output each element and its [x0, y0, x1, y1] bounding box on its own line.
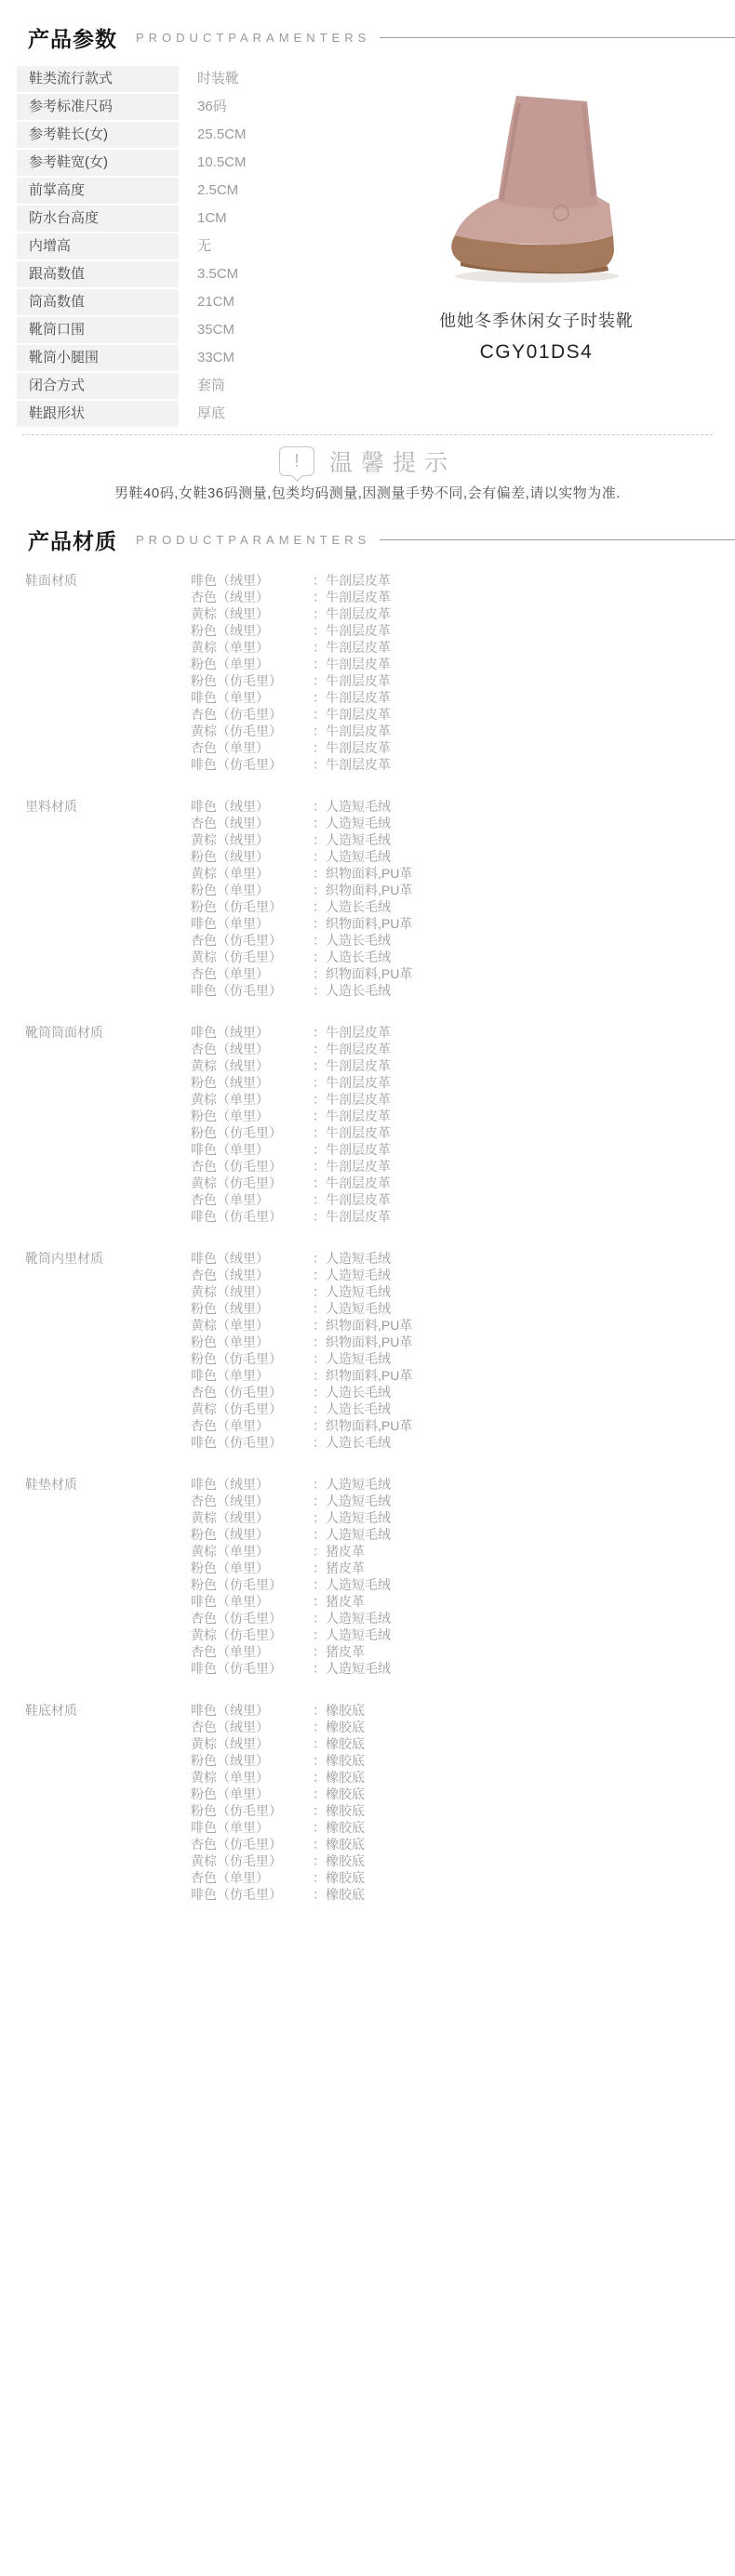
material-value: ：人造短毛绒	[313, 798, 391, 815]
material-color-variant: 啡色（仿毛里）	[191, 1660, 313, 1677]
material-value: ：橡胶底	[313, 1869, 365, 1886]
material-value: ：织物面料,PU革	[313, 1317, 412, 1334]
material-color-variant: 杏色（仿毛里）	[191, 1384, 313, 1401]
material-line: 黄棕（绒里）：牛剖层皮革	[191, 605, 735, 622]
material-value: ：人造长毛绒	[313, 898, 391, 915]
tips-header: ! 温馨提示	[22, 445, 713, 478]
header-rule-line	[380, 539, 735, 540]
material-line: 黄棕（仿毛里）：牛剖层皮革	[191, 1175, 735, 1191]
material-line: 粉色（绒里）：牛剖层皮革	[191, 622, 735, 639]
material-line: 杏色（绒里）：牛剖层皮革	[191, 589, 735, 605]
material-value: ：牛剖层皮革	[313, 1175, 391, 1191]
material-value: ：牛剖层皮革	[313, 1041, 391, 1057]
material-value: ：橡胶底	[313, 1819, 365, 1836]
spec-value: 时装靴	[179, 66, 239, 92]
material-value: ：织物面料,PU革	[313, 865, 412, 882]
material-color-variant: 啡色（单里）	[191, 1819, 313, 1836]
material-value: ：人造短毛绒	[313, 1610, 391, 1627]
material-line: 杏色（仿毛里）：橡胶底	[191, 1836, 735, 1852]
material-line: 黄棕（单里）：织物面料,PU革	[191, 1317, 735, 1334]
spec-row: 闭合方式套筒	[17, 373, 338, 399]
material-color-variant: 杏色（绒里）	[191, 1493, 313, 1509]
spec-value: 套筒	[179, 373, 225, 399]
material-value: ：人造短毛绒	[313, 1300, 391, 1317]
material-value: ：人造短毛绒	[313, 1476, 391, 1493]
material-line: 啡色（单里）：织物面料,PU革	[191, 915, 735, 932]
spec-value: 厚底	[179, 401, 225, 427]
material-section: 里料材质啡色（绒里）：人造短毛绒杏色（绒里）：人造短毛绒黄棕（绒里）：人造短毛绒…	[0, 798, 735, 999]
material-value: ：人造短毛绒	[313, 831, 391, 848]
spec-label: 参考标准尺码	[17, 94, 179, 120]
material-value: ：牛剖层皮革	[313, 672, 391, 689]
material-section: 靴筒内里材质啡色（绒里）：人造短毛绒杏色（绒里）：人造短毛绒黄棕（绒里）：人造短…	[0, 1250, 735, 1451]
material-value: ：猪皮革	[313, 1560, 365, 1576]
material-lines: 啡色（绒里）：人造短毛绒杏色（绒里）：人造短毛绒黄棕（绒里）：人造短毛绒粉色（绒…	[191, 1250, 735, 1451]
material-line: 杏色（绒里）：人造短毛绒	[191, 1267, 735, 1283]
spec-label: 靴筒小腿围	[17, 345, 179, 371]
material-color-variant: 粉色（绒里）	[191, 1074, 313, 1091]
material-value: ：人造长毛绒	[313, 932, 391, 949]
material-value: ：橡胶底	[313, 1752, 365, 1769]
header-rule-line	[380, 37, 735, 38]
material-section: 靴筒筒面材质啡色（绒里）：牛剖层皮革杏色（绒里）：牛剖层皮革黄棕（绒里）：牛剖层…	[0, 1024, 735, 1225]
material-line: 啡色（仿毛里）：牛剖层皮革	[191, 1208, 735, 1225]
material-line: 粉色（绒里）：人造短毛绒	[191, 1526, 735, 1543]
material-value: ：牛剖层皮革	[313, 622, 391, 639]
material-value: ：人造长毛绒	[313, 982, 391, 999]
material-color-variant: 杏色（单里）	[191, 1191, 313, 1208]
material-color-variant: 啡色（单里）	[191, 1141, 313, 1158]
material-color-variant: 粉色（绒里）	[191, 622, 313, 639]
material-value: ：牛剖层皮革	[313, 756, 391, 773]
material-color-variant: 粉色（仿毛里）	[191, 1124, 313, 1141]
material-line: 啡色（单里）：织物面料,PU革	[191, 1367, 735, 1384]
material-value: ：橡胶底	[313, 1735, 365, 1752]
material-value: ：织物面料,PU革	[313, 1367, 412, 1384]
material-line: 杏色（仿毛里）：牛剖层皮革	[191, 1158, 735, 1175]
material-value: ：牛剖层皮革	[313, 1108, 391, 1124]
spec-value: 2.5CM	[179, 178, 238, 204]
material-color-variant: 啡色（单里）	[191, 689, 313, 706]
material-color-variant: 啡色（绒里）	[191, 798, 313, 815]
material-section-label: 靴筒内里材质	[0, 1250, 191, 1451]
material-color-variant: 杏色（绒里）	[191, 1041, 313, 1057]
material-color-variant: 黄棕（单里）	[191, 1091, 313, 1108]
material-line: 杏色（仿毛里）：人造长毛绒	[191, 1384, 735, 1401]
spec-label: 参考鞋长(女)	[17, 122, 179, 148]
material-color-variant: 啡色（单里）	[191, 1367, 313, 1384]
material-line: 啡色（仿毛里）：人造短毛绒	[191, 1660, 735, 1677]
bubble-tail	[291, 470, 303, 482]
materials-section-title: 产品材质	[28, 524, 117, 555]
material-value: ：牛剖层皮革	[313, 1158, 391, 1175]
material-line: 啡色（绒里）：牛剖层皮革	[191, 572, 735, 589]
material-lines: 啡色（绒里）：人造短毛绒杏色（绒里）：人造短毛绒黄棕（绒里）：人造短毛绒粉色（绒…	[191, 798, 735, 999]
material-color-variant: 啡色（绒里）	[191, 1024, 313, 1041]
material-line: 粉色（绒里）：人造短毛绒	[191, 848, 735, 865]
material-line: 粉色（单里）：织物面料,PU革	[191, 882, 735, 898]
material-color-variant: 黄棕（仿毛里）	[191, 1852, 313, 1869]
material-lines: 啡色（绒里）：人造短毛绒杏色（绒里）：人造短毛绒黄棕（绒里）：人造短毛绒粉色（绒…	[191, 1476, 735, 1677]
material-color-variant: 黄棕（绒里）	[191, 1283, 313, 1300]
product-visual: 他她冬季休闲女子时装靴 CGY01DS4	[338, 66, 735, 429]
material-value: ：人造短毛绒	[313, 1627, 391, 1643]
spec-value: 35CM	[179, 317, 234, 343]
material-value: ：牛剖层皮革	[313, 706, 391, 723]
spec-row: 鞋类流行款式时装靴	[17, 66, 338, 92]
tips-note: 男鞋40码,女鞋36码测量,包类均码测量,因测量手势不同,会有偏差,请以实物为准…	[22, 483, 713, 502]
material-value: ：人造长毛绒	[313, 1384, 391, 1401]
material-value: ：橡胶底	[313, 1836, 365, 1852]
material-line: 杏色（单里）：牛剖层皮革	[191, 1191, 735, 1208]
material-line: 粉色（单里）：猪皮革	[191, 1560, 735, 1576]
material-color-variant: 杏色（仿毛里）	[191, 1610, 313, 1627]
material-line: 粉色（仿毛里）：牛剖层皮革	[191, 1124, 735, 1141]
material-lines: 啡色（绒里）：牛剖层皮革杏色（绒里）：牛剖层皮革黄棕（绒里）：牛剖层皮革粉色（绒…	[191, 1024, 735, 1225]
material-value: ：牛剖层皮革	[313, 656, 391, 672]
materials-header: 产品材质 PRODUCTPARAMENTERS	[0, 502, 735, 555]
spec-label: 闭合方式	[17, 373, 179, 399]
spec-value: 25.5CM	[179, 122, 247, 148]
material-color-variant: 杏色（单里）	[191, 1643, 313, 1660]
material-line: 黄棕（单里）：牛剖层皮革	[191, 1091, 735, 1108]
spec-value: 无	[179, 233, 211, 259]
material-line: 黄棕（仿毛里）：人造长毛绒	[191, 1401, 735, 1417]
material-value: ：牛剖层皮革	[313, 1091, 391, 1108]
material-color-variant: 啡色（仿毛里）	[191, 1434, 313, 1451]
material-value: ：牛剖层皮革	[313, 689, 391, 706]
material-color-variant: 啡色（绒里）	[191, 1476, 313, 1493]
material-value: ：牛剖层皮革	[313, 639, 391, 656]
material-line: 啡色（单里）：猪皮革	[191, 1593, 735, 1610]
material-color-variant: 粉色（绒里）	[191, 848, 313, 865]
material-line: 黄棕（绒里）：人造短毛绒	[191, 831, 735, 848]
material-line: 黄棕（仿毛里）：人造短毛绒	[191, 1627, 735, 1643]
material-color-variant: 粉色（仿毛里）	[191, 672, 313, 689]
material-line: 啡色（仿毛里）：橡胶底	[191, 1886, 735, 1903]
material-section: 鞋垫材质啡色（绒里）：人造短毛绒杏色（绒里）：人造短毛绒黄棕（绒里）：人造短毛绒…	[0, 1476, 735, 1677]
material-value: ：牛剖层皮革	[313, 589, 391, 605]
material-line: 杏色（单里）：猪皮革	[191, 1643, 735, 1660]
spec-table: 鞋类流行款式时装靴参考标准尺码36码参考鞋长(女)25.5CM参考鞋宽(女)10…	[17, 66, 338, 429]
spec-row: 跟高数值3.5CM	[17, 261, 338, 287]
material-color-variant: 杏色（绒里）	[191, 1719, 313, 1735]
material-color-variant: 杏色（单里）	[191, 739, 313, 756]
material-color-variant: 粉色（单里）	[191, 1786, 313, 1802]
material-line: 黄棕（单里）：织物面料,PU革	[191, 865, 735, 882]
exclamation-bubble-icon: !	[279, 446, 314, 476]
material-color-variant: 杏色（绒里）	[191, 589, 313, 605]
material-color-variant: 粉色（单里）	[191, 656, 313, 672]
material-color-variant: 粉色（单里）	[191, 1108, 313, 1124]
material-section-label: 靴筒筒面材质	[0, 1024, 191, 1225]
material-value: ：牛剖层皮革	[313, 1208, 391, 1225]
material-value: ：人造短毛绒	[313, 1267, 391, 1283]
material-line: 啡色（绒里）：人造短毛绒	[191, 1476, 735, 1493]
material-value: ：织物面料,PU革	[313, 1334, 412, 1350]
material-line: 黄棕（仿毛里）：橡胶底	[191, 1852, 735, 1869]
material-line: 啡色（绒里）：人造短毛绒	[191, 798, 735, 815]
material-value: ：牛剖层皮革	[313, 1074, 391, 1091]
material-value: ：人造长毛绒	[313, 1434, 391, 1451]
material-value: ：牛剖层皮革	[313, 605, 391, 622]
material-value: ：人造长毛绒	[313, 949, 391, 965]
material-line: 粉色（仿毛里）：橡胶底	[191, 1802, 735, 1819]
spec-label: 前掌高度	[17, 178, 179, 204]
spec-label: 靴筒口围	[17, 317, 179, 343]
spec-value: 33CM	[179, 345, 234, 371]
material-line: 粉色（单里）：织物面料,PU革	[191, 1334, 735, 1350]
material-value: ：织物面料,PU革	[313, 965, 412, 982]
material-color-variant: 啡色（绒里）	[191, 1250, 313, 1267]
material-value: ：橡胶底	[313, 1719, 365, 1735]
spec-value: 3.5CM	[179, 261, 238, 287]
params-section-subtitle: PRODUCTPARAMENTERS	[136, 31, 370, 45]
boot-product-image	[448, 88, 626, 285]
material-color-variant: 黄棕（单里）	[191, 1317, 313, 1334]
spec-value: 36码	[179, 94, 227, 120]
material-color-variant: 啡色（单里）	[191, 1593, 313, 1610]
spec-value: 1CM	[179, 206, 227, 232]
material-line: 杏色（仿毛里）：牛剖层皮革	[191, 706, 735, 723]
material-line: 黄棕（单里）：橡胶底	[191, 1769, 735, 1786]
material-line: 杏色（绒里）：人造短毛绒	[191, 815, 735, 831]
material-color-variant: 黄棕（仿毛里）	[191, 1401, 313, 1417]
materials-list: 鞋面材质啡色（绒里）：牛剖层皮革杏色（绒里）：牛剖层皮革黄棕（绒里）：牛剖层皮革…	[0, 572, 735, 1903]
spec-row: 前掌高度2.5CM	[17, 178, 338, 204]
material-color-variant: 粉色（绒里）	[191, 1752, 313, 1769]
material-line: 粉色（单里）：牛剖层皮革	[191, 656, 735, 672]
material-value: ：人造短毛绒	[313, 815, 391, 831]
spec-label: 内增高	[17, 233, 179, 259]
material-line: 啡色（仿毛里）：牛剖层皮革	[191, 756, 735, 773]
material-color-variant: 啡色（仿毛里）	[191, 756, 313, 773]
material-color-variant: 啡色（仿毛里）	[191, 1886, 313, 1903]
material-value: ：猪皮革	[313, 1593, 365, 1610]
material-value: ：牛剖层皮革	[313, 1124, 391, 1141]
spec-label: 参考鞋宽(女)	[17, 150, 179, 176]
params-header: 产品参数 PRODUCTPARAMENTERS	[0, 0, 735, 53]
material-color-variant: 啡色（仿毛里）	[191, 982, 313, 999]
material-color-variant: 杏色（仿毛里）	[191, 1158, 313, 1175]
material-line: 啡色（单里）：牛剖层皮革	[191, 689, 735, 706]
material-line: 杏色（单里）：牛剖层皮革	[191, 739, 735, 756]
material-lines: 啡色（绒里）：橡胶底杏色（绒里）：橡胶底黄棕（绒里）：橡胶底粉色（绒里）：橡胶底…	[191, 1702, 735, 1903]
material-color-variant: 黄棕（仿毛里）	[191, 949, 313, 965]
material-value: ：猪皮革	[313, 1643, 365, 1660]
material-color-variant: 黄棕（绒里）	[191, 605, 313, 622]
spec-row: 筒高数值21CM	[17, 289, 338, 315]
material-value: ：牛剖层皮革	[313, 572, 391, 589]
material-value: ：人造长毛绒	[313, 1401, 391, 1417]
material-color-variant: 粉色（绒里）	[191, 1300, 313, 1317]
material-value: ：人造短毛绒	[313, 1526, 391, 1543]
material-section-label: 鞋垫材质	[0, 1476, 191, 1677]
spec-row: 鞋跟形状厚底	[17, 401, 338, 427]
material-color-variant: 啡色（绒里）	[191, 1702, 313, 1719]
material-color-variant: 黄棕（单里）	[191, 1543, 313, 1560]
material-color-variant: 啡色（绒里）	[191, 572, 313, 589]
product-materials-section: 产品材质 PRODUCTPARAMENTERS 鞋面材质啡色（绒里）：牛剖层皮革…	[0, 502, 735, 1903]
material-line: 粉色（仿毛里）：人造短毛绒	[191, 1350, 735, 1367]
material-line: 粉色（绒里）：牛剖层皮革	[191, 1074, 735, 1091]
material-section-label: 鞋底材质	[0, 1702, 191, 1903]
material-value: ：牛剖层皮革	[313, 1024, 391, 1041]
material-line: 啡色（绒里）：橡胶底	[191, 1702, 735, 1719]
material-line: 粉色（绒里）：橡胶底	[191, 1752, 735, 1769]
spec-row: 参考标准尺码36码	[17, 94, 338, 120]
material-line: 杏色（单里）：橡胶底	[191, 1869, 735, 1886]
material-value: ：人造短毛绒	[313, 1660, 391, 1677]
spec-value: 21CM	[179, 289, 234, 315]
material-value: ：人造短毛绒	[313, 1350, 391, 1367]
material-line: 杏色（仿毛里）：人造长毛绒	[191, 932, 735, 949]
material-line: 杏色（绒里）：人造短毛绒	[191, 1493, 735, 1509]
material-color-variant: 黄棕（绒里）	[191, 1735, 313, 1752]
material-color-variant: 啡色（单里）	[191, 915, 313, 932]
material-color-variant: 黄棕（绒里）	[191, 831, 313, 848]
material-line: 粉色（单里）：牛剖层皮革	[191, 1108, 735, 1124]
material-value: ：橡胶底	[313, 1702, 365, 1719]
material-line: 啡色（绒里）：牛剖层皮革	[191, 1024, 735, 1041]
material-line: 黄棕（仿毛里）：牛剖层皮革	[191, 723, 735, 739]
material-color-variant: 黄棕（仿毛里）	[191, 1627, 313, 1643]
material-line: 杏色（单里）：织物面料,PU革	[191, 965, 735, 982]
material-color-variant: 黄棕（单里）	[191, 639, 313, 656]
material-line: 黄棕（绒里）：人造短毛绒	[191, 1283, 735, 1300]
material-line: 杏色（仿毛里）：人造短毛绒	[191, 1610, 735, 1627]
material-value: ：橡胶底	[313, 1786, 365, 1802]
spec-row: 内增高无	[17, 233, 338, 259]
spec-label: 鞋类流行款式	[17, 66, 179, 92]
material-line: 黄棕（绒里）：人造短毛绒	[191, 1509, 735, 1526]
material-value: ：人造短毛绒	[313, 1576, 391, 1593]
material-color-variant: 黄棕（仿毛里）	[191, 723, 313, 739]
material-color-variant: 粉色（仿毛里）	[191, 1350, 313, 1367]
material-value: ：人造短毛绒	[313, 1509, 391, 1526]
material-section-label: 里料材质	[0, 798, 191, 999]
material-value: ：人造短毛绒	[313, 1250, 391, 1267]
material-color-variant: 黄棕（单里）	[191, 1769, 313, 1786]
material-color-variant: 杏色（绒里）	[191, 815, 313, 831]
material-value: ：牛剖层皮革	[313, 723, 391, 739]
product-model-code: CGY01DS4	[480, 341, 594, 364]
material-color-variant: 粉色（仿毛里）	[191, 898, 313, 915]
material-value: ：织物面料,PU革	[313, 915, 412, 932]
material-line: 杏色（绒里）：牛剖层皮革	[191, 1041, 735, 1057]
material-line: 粉色（仿毛里）：人造长毛绒	[191, 898, 735, 915]
material-line: 黄棕（仿毛里）：人造长毛绒	[191, 949, 735, 965]
params-body: 鞋类流行款式时装靴参考标准尺码36码参考鞋长(女)25.5CM参考鞋宽(女)10…	[0, 66, 735, 429]
spec-label: 防水台高度	[17, 206, 179, 232]
material-color-variant: 粉色（仿毛里）	[191, 1802, 313, 1819]
material-value: ：橡胶底	[313, 1769, 365, 1786]
material-lines: 啡色（绒里）：牛剖层皮革杏色（绒里）：牛剖层皮革黄棕（绒里）：牛剖层皮革粉色（绒…	[191, 572, 735, 773]
material-color-variant: 啡色（仿毛里）	[191, 1208, 313, 1225]
material-color-variant: 粉色（仿毛里）	[191, 1576, 313, 1593]
spec-row: 参考鞋长(女)25.5CM	[17, 122, 338, 148]
material-value: ：织物面料,PU革	[313, 882, 412, 898]
spec-row: 靴筒小腿围33CM	[17, 345, 338, 371]
material-value: ：人造短毛绒	[313, 1493, 391, 1509]
material-line: 黄棕（单里）：猪皮革	[191, 1543, 735, 1560]
material-line: 黄棕（绒里）：牛剖层皮革	[191, 1057, 735, 1074]
material-line: 啡色（单里）：牛剖层皮革	[191, 1141, 735, 1158]
material-line: 啡色（单里）：橡胶底	[191, 1819, 735, 1836]
product-name: 他她冬季休闲女子时装靴	[439, 308, 634, 332]
material-color-variant: 粉色（单里）	[191, 882, 313, 898]
spec-row: 参考鞋宽(女)10.5CM	[17, 150, 338, 176]
product-parameters-section: 产品参数 PRODUCTPARAMENTERS 鞋类流行款式时装靴参考标准尺码3…	[0, 0, 735, 502]
material-value: ：牛剖层皮革	[313, 1057, 391, 1074]
spec-label: 鞋跟形状	[17, 401, 179, 427]
material-section: 鞋面材质啡色（绒里）：牛剖层皮革杏色（绒里）：牛剖层皮革黄棕（绒里）：牛剖层皮革…	[0, 572, 735, 773]
spec-row: 靴筒口围35CM	[17, 317, 338, 343]
spec-value: 10.5CM	[179, 150, 247, 176]
material-color-variant: 黄棕（绒里）	[191, 1509, 313, 1526]
material-line: 黄棕（单里）：牛剖层皮革	[191, 639, 735, 656]
spec-label: 跟高数值	[17, 261, 179, 287]
tips-banner: ! 温馨提示 男鞋40码,女鞋36码测量,包类均码测量,因测量手势不同,会有偏差…	[22, 434, 713, 502]
material-color-variant: 杏色（单里）	[191, 965, 313, 982]
material-color-variant: 黄棕（单里）	[191, 865, 313, 882]
material-line: 啡色（绒里）：人造短毛绒	[191, 1250, 735, 1267]
materials-section-subtitle: PRODUCTPARAMENTERS	[136, 533, 370, 547]
material-color-variant: 杏色（单里）	[191, 1869, 313, 1886]
material-line: 杏色（单里）：织物面料,PU革	[191, 1417, 735, 1434]
material-value: ：人造短毛绒	[313, 1283, 391, 1300]
material-color-variant: 粉色（单里）	[191, 1334, 313, 1350]
material-line: 啡色（仿毛里）：人造长毛绒	[191, 1434, 735, 1451]
material-value: ：牛剖层皮革	[313, 739, 391, 756]
material-color-variant: 杏色（单里）	[191, 1417, 313, 1434]
material-color-variant: 杏色（仿毛里）	[191, 1836, 313, 1852]
material-value: ：牛剖层皮革	[313, 1141, 391, 1158]
material-color-variant: 杏色（仿毛里）	[191, 706, 313, 723]
material-line: 粉色（单里）：橡胶底	[191, 1786, 735, 1802]
material-line: 粉色（仿毛里）：人造短毛绒	[191, 1576, 735, 1593]
material-value: ：橡胶底	[313, 1886, 365, 1903]
material-line: 粉色（仿毛里）：牛剖层皮革	[191, 672, 735, 689]
material-value: ：织物面料,PU革	[313, 1417, 412, 1434]
material-line: 黄棕（绒里）：橡胶底	[191, 1735, 735, 1752]
material-value: ：猪皮革	[313, 1543, 365, 1560]
product-detail-page: 产品参数 PRODUCTPARAMENTERS 鞋类流行款式时装靴参考标准尺码3…	[0, 0, 735, 2576]
material-value: ：人造短毛绒	[313, 848, 391, 865]
material-section-label: 鞋面材质	[0, 572, 191, 773]
material-line: 啡色（仿毛里）：人造长毛绒	[191, 982, 735, 999]
material-color-variant: 粉色（绒里）	[191, 1526, 313, 1543]
material-value: ：橡胶底	[313, 1802, 365, 1819]
spec-label: 筒高数值	[17, 289, 179, 315]
material-line: 杏色（绒里）：橡胶底	[191, 1719, 735, 1735]
spec-row: 防水台高度1CM	[17, 206, 338, 232]
material-color-variant: 粉色（单里）	[191, 1560, 313, 1576]
params-section-title: 产品参数	[28, 22, 117, 53]
material-line: 粉色（绒里）：人造短毛绒	[191, 1300, 735, 1317]
material-value: ：橡胶底	[313, 1852, 365, 1869]
tips-title: 温馨提示	[329, 445, 456, 478]
material-color-variant: 杏色（绒里）	[191, 1267, 313, 1283]
material-color-variant: 杏色（仿毛里）	[191, 932, 313, 949]
material-value: ：牛剖层皮革	[313, 1191, 391, 1208]
material-section: 鞋底材质啡色（绒里）：橡胶底杏色（绒里）：橡胶底黄棕（绒里）：橡胶底粉色（绒里）…	[0, 1702, 735, 1903]
material-color-variant: 黄棕（绒里）	[191, 1057, 313, 1074]
material-color-variant: 黄棕（仿毛里）	[191, 1175, 313, 1191]
